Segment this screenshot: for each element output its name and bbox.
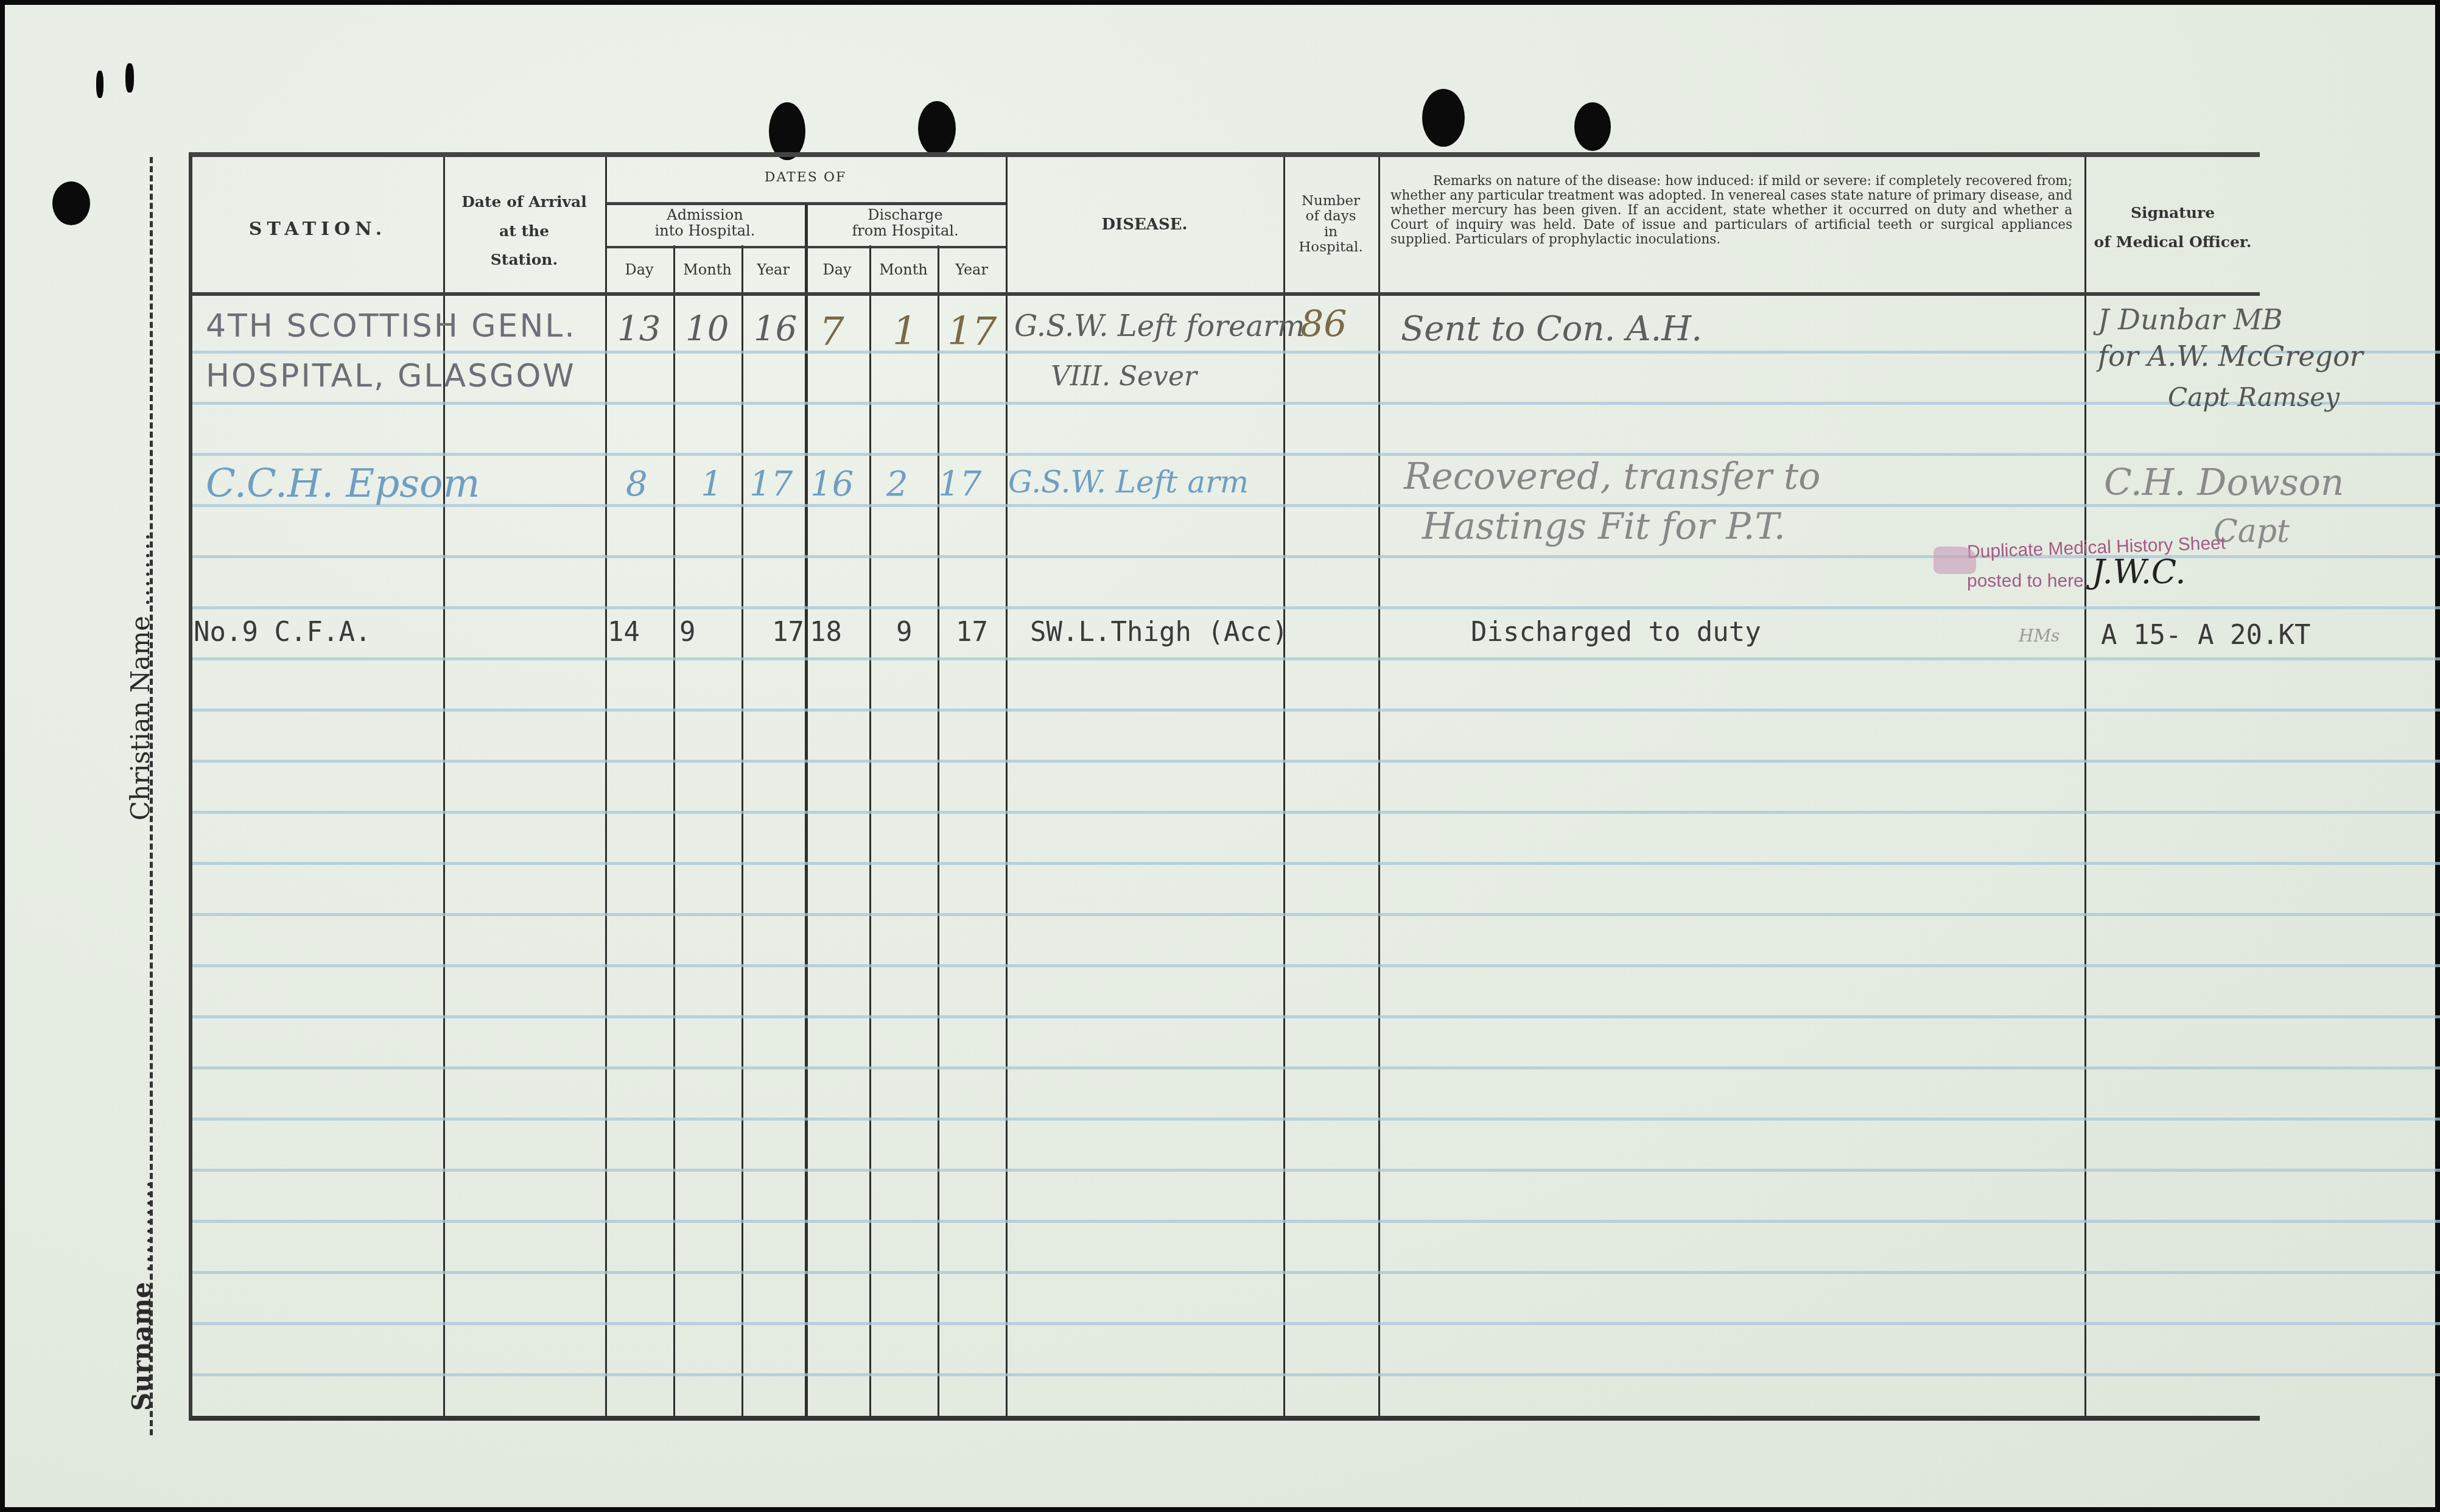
entry-1-discharge-day: 7	[819, 309, 844, 354]
stamp-mark-icon	[1933, 547, 1976, 574]
punch-hole	[918, 101, 956, 156]
entry-1-station-line2: HOSPITAL, GLASGOW	[206, 358, 576, 394]
medical-history-sheet: Christian Name ........ Surname ........…	[5, 5, 2435, 1507]
entry-3-admission-month: 9	[679, 617, 696, 648]
entry-3-remarks: Discharged to duty	[1471, 617, 1761, 648]
entry-1-disease-line1: G.S.W. Left forearm	[1014, 309, 1305, 343]
punch-hole	[125, 63, 134, 93]
entry-2-admission-month: 1	[701, 464, 723, 504]
punch-hole	[1422, 89, 1465, 147]
punch-hole	[52, 181, 90, 225]
entry-1-discharge-year: 17	[947, 309, 997, 354]
header-date-of-arrival: Date of Arrival at the Station.	[443, 187, 605, 275]
entry-2-discharge-year: 17	[938, 464, 981, 504]
header-admission-day: Day	[605, 261, 673, 279]
entry-2-station: C.C.H. Epsom	[206, 461, 480, 506]
entry-1-disease-line2: VIII. Sever	[1051, 361, 1197, 392]
entry-3-station: No.9 C.F.A.	[194, 617, 371, 648]
entry-3-discharge-day: 18	[810, 617, 842, 648]
stamp-initials: J.W.C.	[2092, 553, 2186, 591]
header-remarks: Remarks on nature of the disease: how in…	[1390, 174, 2072, 247]
header-signature: Signature of Medical Officer.	[2084, 198, 2261, 256]
entry-1-admission-day: 13	[617, 309, 661, 349]
header-discharge-year: Year	[938, 261, 1006, 279]
entry-3-signature: A 15- A 20.KT	[2101, 620, 2310, 651]
entry-2-admission-year: 17	[749, 464, 793, 504]
header-dates-of: DATES OF	[605, 169, 1006, 186]
entry-2-remarks-line1: Recovered, transfer to	[1404, 455, 1820, 498]
entry-1-signature-line2: for A.W. McGregor	[2098, 340, 2363, 373]
punch-hole	[769, 102, 805, 160]
entry-1-admission-year: 16	[754, 309, 797, 349]
stamp-line2: posted to here.	[1967, 571, 2089, 592]
header-disease: DISEASE.	[1006, 215, 1283, 235]
entry-1-discharge-month: 1	[892, 309, 917, 354]
entry-1-remarks: Sent to Con. A.H.	[1401, 309, 1702, 349]
entry-1-admission-month: 10	[685, 309, 729, 349]
punch-hole	[1574, 102, 1611, 151]
header-number-of-days: Number of days in Hospital.	[1283, 194, 1378, 255]
entry-2-disease: G.S.W. Left arm	[1008, 464, 1249, 500]
header-discharge: Discharge from Hospital.	[805, 207, 1006, 239]
header-discharge-month: Month	[869, 261, 938, 279]
entry-3-discharge-year: 17	[956, 617, 988, 648]
header-admission: Admission into Hospital.	[605, 207, 805, 239]
entry-3-discharge-month: 9	[896, 617, 913, 648]
entry-2-signature-line1: C.H. Dowson	[2104, 461, 2344, 504]
header-admission-month: Month	[673, 261, 741, 279]
entry-1-signature-line1: J Dunbar MB	[2098, 303, 2283, 336]
entry-1-station-line1: 4TH SCOTTISH GENL.	[206, 308, 577, 345]
hospital-record-table: STATION. Date of Arrival at the Station.…	[189, 152, 2260, 1421]
surname-label: Surname ..........	[127, 1179, 156, 1411]
entry-2-discharge-day: 16	[810, 464, 854, 504]
entry-3-initials: HMs	[2019, 626, 2060, 646]
entry-3-admission-year: 17	[772, 617, 804, 648]
entry-1-signature-line3: Capt Ramsey	[2168, 382, 2340, 412]
entry-1-days-in-hospital: 86	[1300, 303, 1347, 346]
punch-hole	[96, 71, 103, 98]
entry-3-disease: SW.L.Thigh (Acc)	[1030, 617, 1288, 648]
header-discharge-day: Day	[805, 261, 869, 279]
header-admission-year: Year	[741, 261, 805, 279]
christian-name-label: Christian Name ........	[125, 531, 155, 821]
header-station: STATION.	[192, 218, 443, 241]
entry-2-admission-day: 8	[626, 464, 648, 504]
entry-2-remarks-line2: Hastings Fit for P.T.	[1422, 505, 1786, 548]
entry-3-admission-day: 14	[608, 617, 640, 648]
entry-2-discharge-month: 2	[886, 464, 908, 504]
